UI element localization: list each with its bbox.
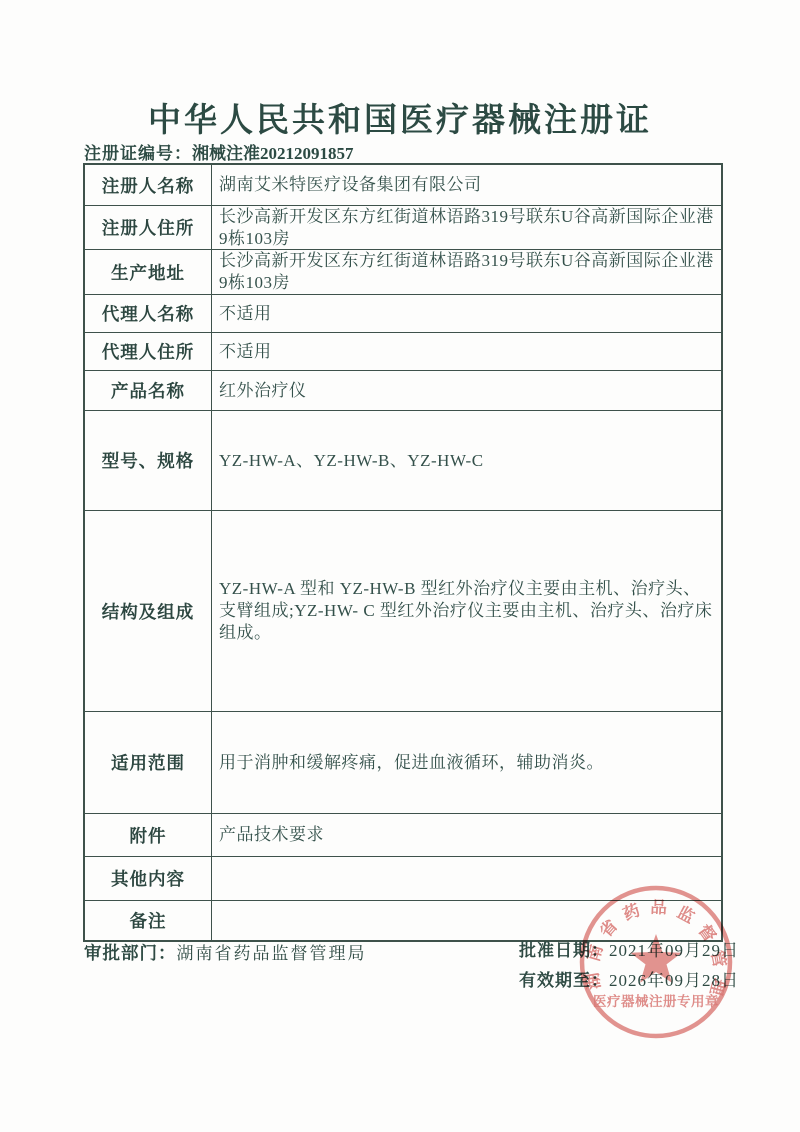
row-value [212,901,721,940]
table-row: 生产地址 长沙高新开发区东方红街道林语路319号联东U谷高新国际企业港9栋103… [85,249,721,294]
row-value: 不适用 [212,295,721,332]
row-label: 适用范围 [85,712,212,813]
approval-department: 审批部门：湖南省药品监督管理局 [84,939,367,965]
row-label: 代理人名称 [85,295,212,332]
row-label: 生产地址 [85,250,212,294]
page-title: 中华人民共和国医疗器械注册证 [0,94,800,141]
row-value: 不适用 [212,333,721,370]
row-value: 湖南艾米特医疗设备集团有限公司 [212,165,721,205]
row-value: YZ-HW-A、YZ-HW-B、YZ-HW-C [212,411,721,510]
table-row: 适用范围 用于消肿和缓解疼痛，促进血液循环，辅助消炎。 [85,711,721,813]
approval-date-label: 批准日期： [519,941,609,960]
row-label: 注册人住所 [85,206,212,249]
row-label: 代理人住所 [85,333,212,370]
certificate-page: 中华人民共和国医疗器械注册证 注册证编号：湘械注准20212091857 注册人… [0,0,800,1132]
row-value: YZ-HW-A 型和 YZ-HW-B 型红外治疗仪主要由主机、治疗头、支臂组成;… [212,511,721,711]
table-row: 注册人名称 湖南艾米特医疗设备集团有限公司 [85,165,721,205]
row-label: 产品名称 [85,371,212,410]
table-row: 代理人名称 不适用 [85,294,721,332]
expiry-date-value: 2026年09月28日 [609,971,739,990]
row-value: 产品技术要求 [212,814,721,856]
table-row: 型号、规格 YZ-HW-A、YZ-HW-B、YZ-HW-C [85,410,721,510]
table-row: 备注 [85,900,721,940]
row-label: 备注 [85,901,212,940]
table-row: 产品名称 红外治疗仪 [85,370,721,410]
table-row: 其他内容 [85,856,721,900]
registration-table: 注册人名称 湖南艾米特医疗设备集团有限公司 注册人住所 长沙高新开发区东方红街道… [83,163,723,942]
approval-date-value: 2021年09月29日 [609,941,739,960]
table-row: 结构及组成 YZ-HW-A 型和 YZ-HW-B 型红外治疗仪主要由主机、治疗头… [85,510,721,711]
approval-department-label: 审批部门： [84,943,177,963]
approval-date: 批准日期：2021年09月29日 [519,936,739,961]
row-label: 型号、规格 [85,411,212,510]
table-row: 附件 产品技术要求 [85,813,721,856]
row-value: 长沙高新开发区东方红街道林语路319号联东U谷高新国际企业港9栋103房 [212,206,721,249]
table-row: 代理人住所 不适用 [85,332,721,370]
row-value [212,857,721,900]
certificate-number: 注册证编号：湘械注准20212091857 [84,139,354,164]
row-value: 红外治疗仪 [212,371,721,410]
row-label: 结构及组成 [85,511,212,711]
row-label: 注册人名称 [85,165,212,205]
expiry-date: 有效期至：2026年09月28日 [519,966,739,991]
certificate-number-value: 湘械注准20212091857 [192,144,354,163]
row-label: 附件 [85,814,212,856]
table-row: 注册人住所 长沙高新开发区东方红街道林语路319号联东U谷高新国际企业港9栋10… [85,205,721,249]
row-value: 用于消肿和缓解疼痛，促进血液循环，辅助消炎。 [212,712,721,813]
expiry-date-label: 有效期至： [519,971,609,990]
certificate-number-label: 注册证编号： [84,144,192,163]
row-label: 其他内容 [85,857,212,900]
date-block: 批准日期：2021年09月29日 有效期至：2026年09月28日 [519,936,739,996]
approval-department-value: 湖南省药品监督管理局 [177,944,367,963]
row-value: 长沙高新开发区东方红街道林语路319号联东U谷高新国际企业港9栋103房 [212,250,721,294]
